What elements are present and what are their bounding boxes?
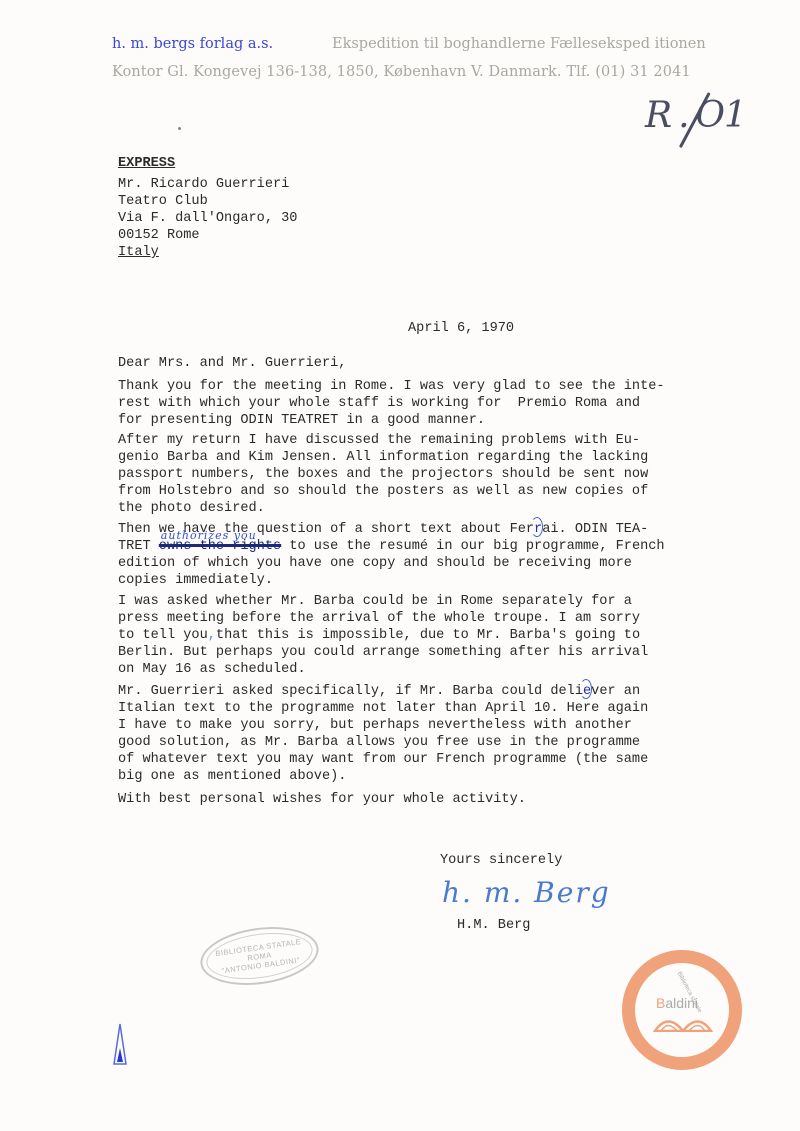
recipient-street: Via F. dall'Ongaro, 30 bbox=[118, 210, 297, 227]
text-line: good solution, as Mr. Barba allows you f… bbox=[118, 734, 648, 751]
logo-name: Baldini bbox=[656, 995, 698, 1011]
recipient-city: 00152 Rome bbox=[118, 227, 297, 244]
handwritten-signature: h. m. Berg bbox=[442, 876, 611, 909]
ink-correction-circle: r bbox=[534, 521, 542, 538]
letterhead-top: h. m. bergs forlag a.s. Ekspedition til … bbox=[112, 36, 273, 52]
handwritten-reference-number: 1 bbox=[724, 95, 753, 136]
text-line: genio Barba and Kim Jensen. All informat… bbox=[118, 449, 648, 466]
recipient-address: Mr. Ricardo GuerrieriTeatro ClubVia F. d… bbox=[118, 176, 297, 261]
signer-name: H.M. Berg bbox=[457, 917, 530, 934]
publisher-name: h. m. bergs forlag a.s. bbox=[112, 36, 273, 52]
library-stamp: BIBLIOTECA STATALE ROMA "ANTONIO BALDINI… bbox=[197, 920, 323, 992]
closing-wishes: With best personal wishes for your whole… bbox=[118, 791, 526, 808]
triangle-mark-icon bbox=[112, 1022, 128, 1066]
text-line: Thank you for the meeting in Rome. I was… bbox=[118, 378, 665, 395]
paragraph-italian-text: Mr. Guerrieri asked specifically, if Mr.… bbox=[118, 683, 648, 785]
expedition-note: Ekspedition til boghandlerne Fællesekspe… bbox=[332, 36, 706, 52]
text-line: on May 16 as scheduled. bbox=[118, 661, 648, 678]
recipient-country: Italy bbox=[118, 244, 297, 261]
ink-comma: , bbox=[208, 628, 216, 643]
paper-speck bbox=[178, 127, 181, 130]
baldini-library-logo: Biblioteca statale Baldini bbox=[622, 950, 742, 1070]
recipient-name: Mr. Ricardo Guerrieri bbox=[118, 176, 297, 193]
text-line: I was asked whether Mr. Barba could be i… bbox=[118, 593, 648, 610]
paragraph-logistics: After my return I have discussed the rem… bbox=[118, 432, 648, 517]
paragraph-text-rights: Then we have the question of a short tex… bbox=[118, 521, 665, 589]
text-line: TRET owns the rightsauthorizes you to us… bbox=[118, 538, 665, 555]
text-line: copies immediately. bbox=[118, 572, 665, 589]
text-line: Berlin. But perhaps you could arrange so… bbox=[118, 644, 648, 661]
letter-date: April 6, 1970 bbox=[408, 320, 514, 337]
text-line: rest with which your whole staff is work… bbox=[118, 395, 665, 412]
text-line: to tell you,that this is impossible, due… bbox=[118, 627, 648, 644]
handwritten-correction: authorizes you bbox=[161, 527, 257, 544]
paragraph-meeting: Thank you for the meeting in Rome. I was… bbox=[118, 378, 665, 429]
text-line: I have to make you sorry, but perhaps ne… bbox=[118, 717, 648, 734]
text-line: passport numbers, the boxes and the proj… bbox=[118, 466, 648, 483]
text-line: After my return I have discussed the rem… bbox=[118, 432, 648, 449]
text-line: press meeting before the arrival of the … bbox=[118, 610, 648, 627]
text-line: for presenting ODIN TEATRET in a good ma… bbox=[118, 412, 665, 429]
text-line: Italian text to the programme not later … bbox=[118, 700, 648, 717]
text-line: the photo desired. bbox=[118, 500, 648, 517]
text-line: from Holstebro and so should the posters… bbox=[118, 483, 648, 500]
express-mark: EXPRESS bbox=[118, 155, 175, 172]
text-line: of whatever text you may want from our F… bbox=[118, 751, 648, 768]
complimentary-close: Yours sincerely bbox=[440, 852, 562, 869]
publisher-address: Kontor Gl. Kongevej 136-138, 1850, Køben… bbox=[112, 64, 691, 80]
text-line: Mr. Guerrieri asked specifically, if Mr.… bbox=[118, 683, 648, 700]
text-line: edition of which you have one copy and s… bbox=[118, 555, 665, 572]
ink-correction-circle: e bbox=[583, 683, 591, 700]
text-line: big one as mentioned above). bbox=[118, 768, 648, 785]
struck-correction: owns the rightsauthorizes you bbox=[159, 538, 281, 555]
paragraph-press-meeting: I was asked whether Mr. Barba could be i… bbox=[118, 593, 648, 678]
recipient-organization: Teatro Club bbox=[118, 193, 297, 210]
salutation: Dear Mrs. and Mr. Guerrieri, bbox=[118, 355, 346, 372]
open-book-icon bbox=[653, 1016, 713, 1032]
